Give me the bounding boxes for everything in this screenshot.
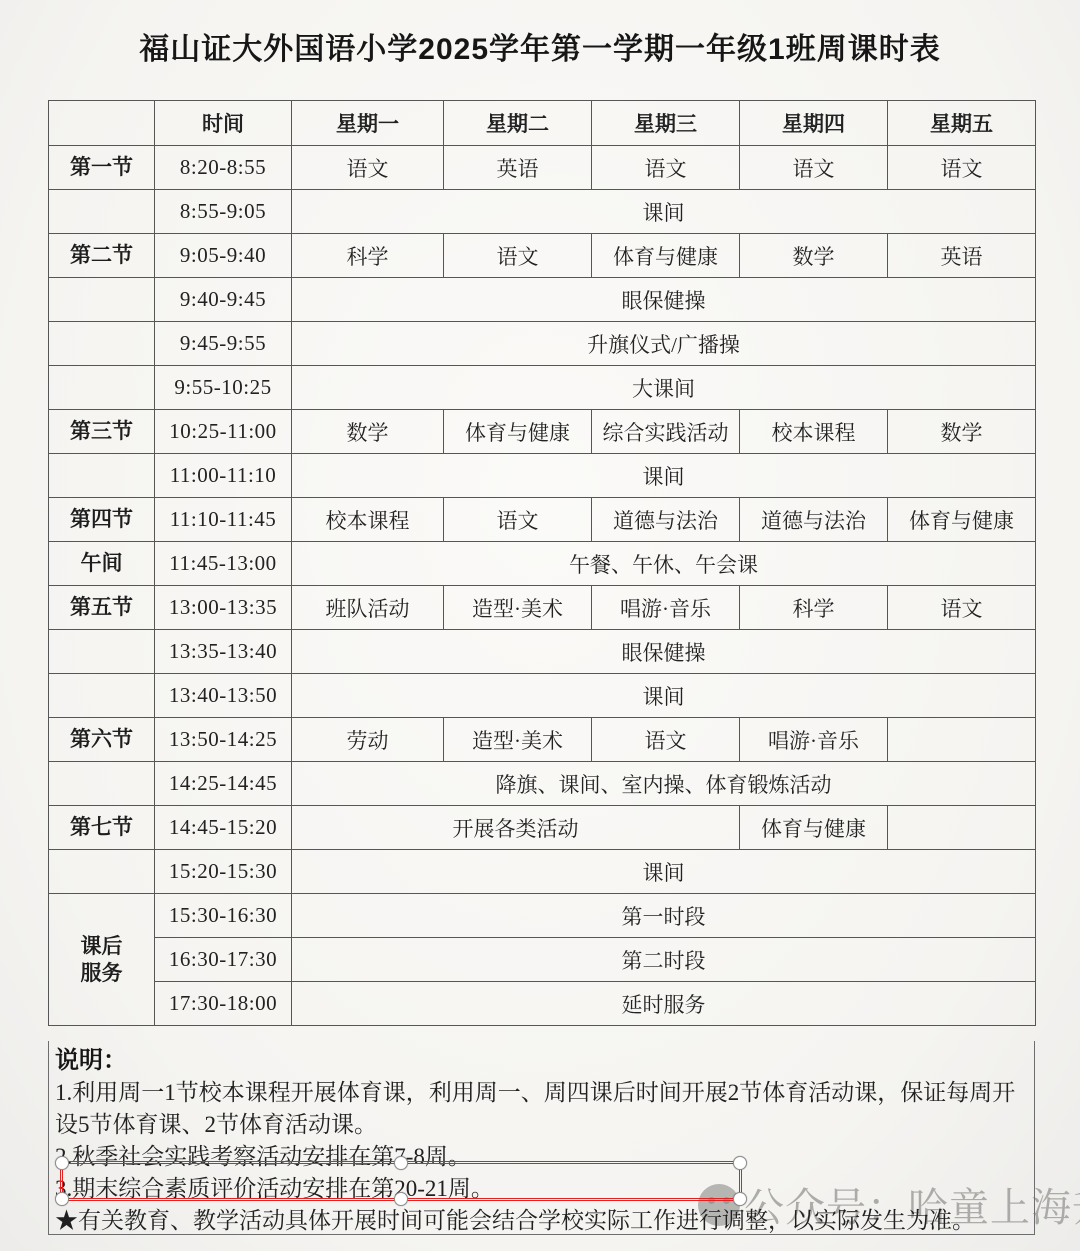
subject-cell: 唱游·音乐 (592, 586, 740, 630)
header-friday: 星期五 (888, 101, 1036, 146)
period-cell: 第三节 (49, 410, 155, 454)
subject-cell: 语文 (740, 146, 888, 190)
subject-cell: 道德与法治 (592, 498, 740, 542)
time-cell: 16:30-17:30 (155, 938, 292, 982)
subject-cell: 科学 (740, 586, 888, 630)
table-row: 课后 服务15:30-16:30第一时段 (49, 894, 1036, 938)
subject-cell: 升旗仪式/广播操 (292, 322, 1036, 366)
table-row: 15:20-15:30课间 (49, 850, 1036, 894)
table-row: 8:55-9:05课间 (49, 190, 1036, 234)
empty-cell (888, 806, 1036, 850)
subject-cell: 课间 (292, 674, 1036, 718)
annotation-handle-bottom-middle[interactable] (394, 1192, 408, 1206)
subject-cell: 开展各类活动 (292, 806, 740, 850)
subject-cell: 校本课程 (740, 410, 888, 454)
subject-cell: 体育与健康 (740, 806, 888, 850)
table-row: 第六节13:50-14:25劳动造型·美术语文唱游·音乐 (49, 718, 1036, 762)
period-cell: 第二节 (49, 234, 155, 278)
table-row: 第三节10:25-11:00数学体育与健康综合实践活动校本课程数学 (49, 410, 1036, 454)
table-row: 第一节8:20-8:55语文英语语文语文语文 (49, 146, 1036, 190)
subject-cell: 综合实践活动 (592, 410, 740, 454)
time-cell: 15:20-15:30 (155, 850, 292, 894)
period-cell (49, 322, 155, 366)
subject-cell: 科学 (292, 234, 444, 278)
table-row: 11:00-11:10课间 (49, 454, 1036, 498)
subject-cell: 英语 (444, 146, 592, 190)
subject-cell: 造型·美术 (444, 586, 592, 630)
annotation-handle-top-right[interactable] (733, 1156, 747, 1170)
header-time: 时间 (155, 101, 292, 146)
period-cell (49, 366, 155, 410)
subject-cell: 语文 (888, 146, 1036, 190)
header-tuesday: 星期二 (444, 101, 592, 146)
subject-cell: 第一时段 (292, 894, 1036, 938)
period-cell: 课后 服务 (49, 894, 155, 1026)
table-row: 17:30-18:00延时服务 (49, 982, 1036, 1026)
note-item-1: 1.利用周一1节校本课程开展体育课，利用周一、周四课后时间开展2节体育活动课，保… (55, 1077, 1026, 1141)
time-cell: 9:45-9:55 (155, 322, 292, 366)
subject-cell: 校本课程 (292, 498, 444, 542)
subject-cell: 班队活动 (292, 586, 444, 630)
subject-cell: 造型·美术 (444, 718, 592, 762)
time-cell: 13:40-13:50 (155, 674, 292, 718)
notes-heading: 说明： (55, 1045, 1026, 1077)
period-cell (49, 674, 155, 718)
table-row: 13:35-13:40眼保健操 (49, 630, 1036, 674)
subject-cell: 眼保健操 (292, 278, 1036, 322)
subject-cell: 午餐、午休、午会课 (292, 542, 1036, 586)
subject-cell: 课间 (292, 190, 1036, 234)
period-cell (49, 850, 155, 894)
period-cell (49, 190, 155, 234)
red-annotation-box[interactable] (60, 1161, 742, 1201)
time-cell: 8:55-9:05 (155, 190, 292, 234)
time-cell: 9:55-10:25 (155, 366, 292, 410)
subject-cell: 语文 (444, 234, 592, 278)
time-cell: 8:20-8:55 (155, 146, 292, 190)
subject-cell: 第二时段 (292, 938, 1036, 982)
subject-cell: 语文 (292, 146, 444, 190)
subject-cell: 大课间 (292, 366, 1036, 410)
subject-cell: 语文 (592, 718, 740, 762)
time-cell: 13:00-13:35 (155, 586, 292, 630)
time-cell: 11:45-13:00 (155, 542, 292, 586)
time-cell: 11:00-11:10 (155, 454, 292, 498)
table-row: 第五节13:00-13:35班队活动造型·美术唱游·音乐科学语文 (49, 586, 1036, 630)
period-cell (49, 278, 155, 322)
period-cell (49, 630, 155, 674)
table-row: 16:30-17:30第二时段 (49, 938, 1036, 982)
subject-cell: 课间 (292, 454, 1036, 498)
annotation-handle-bottom-left[interactable] (55, 1192, 69, 1206)
subject-cell: 劳动 (292, 718, 444, 762)
period-cell: 第七节 (49, 806, 155, 850)
header-corner-cell (49, 101, 155, 146)
subject-cell: 语文 (888, 586, 1036, 630)
time-cell: 11:10-11:45 (155, 498, 292, 542)
subject-cell: 眼保健操 (292, 630, 1036, 674)
table-row: 13:40-13:50课间 (49, 674, 1036, 718)
empty-cell (888, 718, 1036, 762)
time-cell: 17:30-18:00 (155, 982, 292, 1026)
subject-cell: 数学 (292, 410, 444, 454)
header-wednesday: 星期三 (592, 101, 740, 146)
subject-cell: 降旗、课间、室内操、体育锻炼活动 (292, 762, 1036, 806)
subject-cell: 语文 (592, 146, 740, 190)
subject-cell: 英语 (888, 234, 1036, 278)
period-cell (49, 454, 155, 498)
period-cell: 第六节 (49, 718, 155, 762)
notes-section: 说明： 1.利用周一1节校本课程开展体育课，利用周一、周四课后时间开展2节体育活… (48, 1041, 1035, 1235)
note-star: ★有关教育、教学活动具体开展时间可能会结合学校实际工作进行调整，以实际发生为准。 (55, 1205, 1026, 1237)
weekly-schedule-table: 时间 星期一 星期二 星期三 星期四 星期五 第一节8:20-8:55语文英语语… (48, 100, 1036, 1026)
timetable-document: 福山证大外国语小学2025学年第一学期一年级1班周课时表 时间 星期一 星期二 … (0, 0, 1080, 1251)
time-cell: 14:25-14:45 (155, 762, 292, 806)
annotation-handle-top-middle[interactable] (394, 1156, 408, 1170)
subject-cell: 体育与健康 (444, 410, 592, 454)
table-row: 第四节11:10-11:45校本课程语文道德与法治道德与法治体育与健康 (49, 498, 1036, 542)
table-row: 第二节9:05-9:40科学语文体育与健康数学英语 (49, 234, 1036, 278)
time-cell: 15:30-16:30 (155, 894, 292, 938)
subject-cell: 延时服务 (292, 982, 1036, 1026)
table-row: 14:25-14:45降旗、课间、室内操、体育锻炼活动 (49, 762, 1036, 806)
subject-cell: 体育与健康 (592, 234, 740, 278)
subject-cell: 数学 (888, 410, 1036, 454)
subject-cell: 唱游·音乐 (740, 718, 888, 762)
time-cell: 10:25-11:00 (155, 410, 292, 454)
table-row: 9:40-9:45眼保健操 (49, 278, 1036, 322)
table-header-row: 时间 星期一 星期二 星期三 星期四 星期五 (49, 101, 1036, 146)
time-cell: 9:40-9:45 (155, 278, 292, 322)
header-thursday: 星期四 (740, 101, 888, 146)
subject-cell: 数学 (740, 234, 888, 278)
period-cell: 第五节 (49, 586, 155, 630)
subject-cell: 语文 (444, 498, 592, 542)
table-row: 第七节14:45-15:20开展各类活动体育与健康 (49, 806, 1036, 850)
time-cell: 14:45-15:20 (155, 806, 292, 850)
subject-cell: 道德与法治 (740, 498, 888, 542)
annotation-handle-top-left[interactable] (55, 1156, 69, 1170)
period-cell: 第四节 (49, 498, 155, 542)
page-title: 福山证大外国语小学2025学年第一学期一年级1班周课时表 (0, 24, 1080, 68)
table-row: 9:45-9:55升旗仪式/广播操 (49, 322, 1036, 366)
table-row: 午间11:45-13:00午餐、午休、午会课 (49, 542, 1036, 586)
period-cell: 午间 (49, 542, 155, 586)
header-monday: 星期一 (292, 101, 444, 146)
annotation-handle-bottom-right[interactable] (733, 1192, 747, 1206)
time-cell: 13:50-14:25 (155, 718, 292, 762)
subject-cell: 课间 (292, 850, 1036, 894)
period-cell (49, 762, 155, 806)
time-cell: 13:35-13:40 (155, 630, 292, 674)
time-cell: 9:05-9:40 (155, 234, 292, 278)
subject-cell: 体育与健康 (888, 498, 1036, 542)
period-cell: 第一节 (49, 146, 155, 190)
table-row: 9:55-10:25大课间 (49, 366, 1036, 410)
